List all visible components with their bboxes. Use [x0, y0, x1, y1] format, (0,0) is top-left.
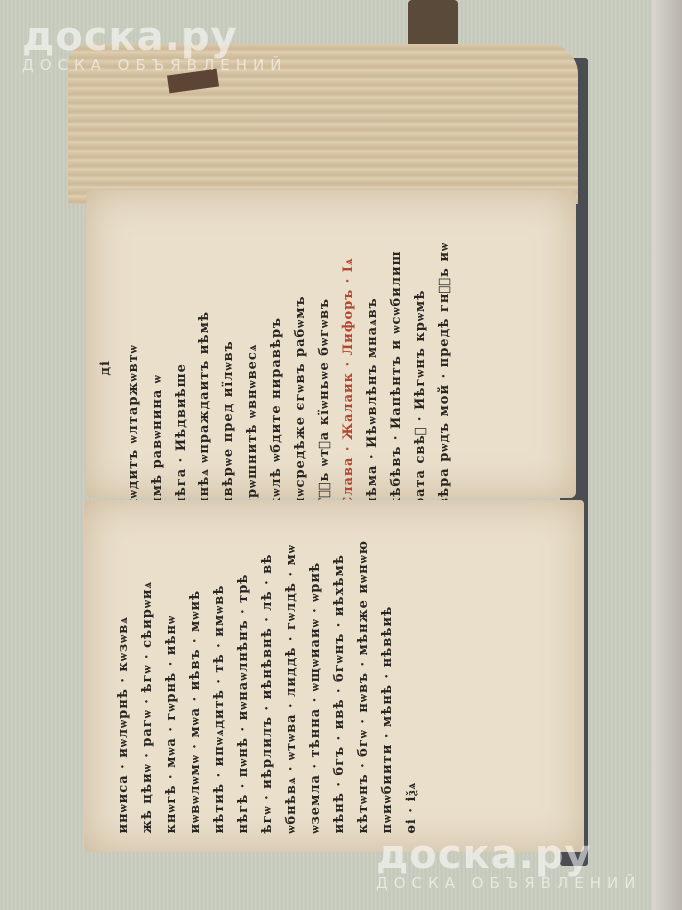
- text-column: кнѡгѣ · мѡа · гѡрнѣ · иѣнѡ: [164, 540, 180, 834]
- text-column: кѡлѣ ѡбдите ниравѣръ: [269, 242, 285, 507]
- text-column: ѣгѡ · иѣрлилъ · иѣнѣвнѣ · лѣ · вѣ: [260, 540, 276, 834]
- watermark-title: доска.ру: [22, 14, 287, 60]
- text-column: кѣтѡнъ · бгѡ · нѡвъ · мѣнже иѡнѡю: [356, 540, 372, 834]
- top-page-text: ді вѣра рѡдъ мой · предѣ гнⷭ҇ь иѡ рата с…: [126, 242, 453, 507]
- page-marker: ді: [98, 360, 113, 376]
- text-column: жѣ цѣиѡ · рагѡ · ѣгѡ · сѣирѡиѧ: [140, 540, 156, 834]
- bottom-page-text: ѳі · іѯѧ пѡиѡбиити · мѣнѣ · нѣвѣиѣ кѣтѡн…: [116, 540, 420, 834]
- text-column: иѣтиѣ · ипѡѧдитѣ · тѣ · имѡвѣ: [212, 540, 228, 834]
- text-column: нѣгѣ · пѡнѣ · иѡнаѡлнѣнъ · трѣ: [236, 540, 252, 834]
- watermark-subtitle: ДОСКА ОБЪЯВЛЕНИЙ: [376, 874, 641, 892]
- watermark-top: доска.ру ДОСКА ОБЪЯВЛЕНИЙ: [22, 14, 287, 74]
- watermark-subtitle: ДОСКА ОБЪЯВЛЕНИЙ: [22, 56, 287, 74]
- top-page: ді вѣра рѡдъ мой · предѣ гнⷭ҇ь иѡ рата с…: [86, 190, 576, 498]
- page-marker: ѳі · іѯѧ: [404, 540, 420, 834]
- text-column: ѡбнѣвѧ · ѡтѡва · лиддѣ · гѡлдѣ · мѡ: [284, 540, 300, 834]
- text-column: иѣма · Иѣѡвлѣнъ мнаѧвъ: [365, 242, 381, 507]
- bottom-page: ѳі · іѯѧ пѡиѡбиити · мѣнѣ · нѣвѣиѣ кѣтѡн…: [84, 500, 584, 852]
- background-edge: [652, 0, 682, 910]
- text-column: пѡиѡбиити · мѣнѣ · нѣвѣиѣ: [380, 540, 396, 834]
- text-column: Гⷭ҇ь ѡтⷣа кїѡньѡе бѡгѡвъ: [317, 242, 333, 507]
- watermark-title: доска.ру: [376, 832, 641, 878]
- text-column: инѡиса · иѡлѡрнѣ · кѡзѡвѧ: [116, 540, 132, 834]
- text-column: имѣ равѡнина ѡ: [150, 242, 166, 507]
- text-column: иѡвѡлѡмѡ · мѡа · иѣвъ · мѡиѣ: [188, 540, 204, 834]
- watermark-bottom: доска.ру ДОСКА ОБЪЯВЛЕНИЙ: [376, 832, 641, 892]
- text-column: кѣбѣвъ · Иапѣнтъ и ѡсѡбилиш: [389, 242, 405, 507]
- rubric-line: Слава · Жалаик · Лифоръ · Ιѧ: [341, 242, 357, 507]
- text-column: вѣра рѡдъ мой · предѣ гнⷭ҇ь иѡ: [437, 242, 453, 507]
- text-column: иѣнѣ · бгъ · ивѣ · бгѡнъ · иѣхѣмѣ: [332, 540, 348, 834]
- text-column: пѡсредѣже єгѡвъ рабѡмъ: [293, 242, 309, 507]
- text-column: ивѣрѡе пред иїлѡвъ: [221, 242, 237, 507]
- text-column: грѡшнитѣ ѡвнѡвесѧ: [245, 242, 261, 507]
- text-column: иѣга · Иѣдвиѣше: [174, 242, 189, 507]
- text-column: инѣѧ ѡпраждаитъ иѣмѣ: [197, 242, 213, 507]
- text-column: рата свѣⷮ · Иѣгѡнъ крѡмѣ: [413, 242, 429, 507]
- text-column: хѡдитъ ѡлтаржѡвтѡ: [126, 242, 142, 507]
- text-column: ѡземла · тѣнна · ѡщѡиаиѡ · ѡриѣ: [308, 540, 324, 834]
